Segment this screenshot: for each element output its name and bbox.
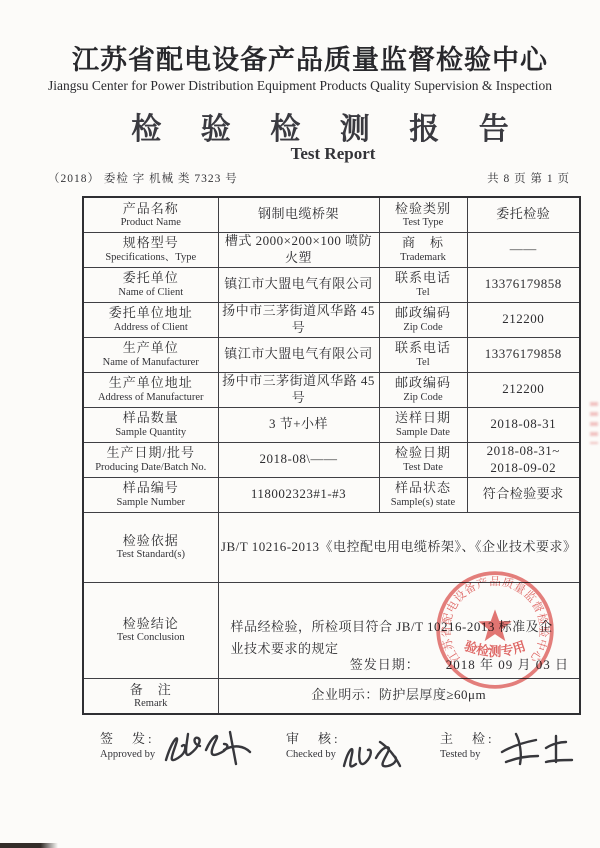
manufacturer-address-label: 生产单位地址Address of Manufacturer <box>83 372 218 407</box>
trademark-value: —— <box>467 232 580 267</box>
test-type-value: 委托检验 <box>467 197 580 232</box>
producing-date-value: 2018-08\—— <box>218 442 379 477</box>
sample-quantity-label: 样品数量Sample Quantity <box>83 407 218 442</box>
approved-by-block: 签 发: Approved by <box>100 728 155 760</box>
test-standard-label: 检验依据Test Standard(s) <box>83 512 218 582</box>
issue-date-label: 签发日期： <box>350 654 420 673</box>
seal-star-icon <box>478 609 511 641</box>
page-indicator: 共 8 页 第 1 页 <box>487 170 570 186</box>
client-zip-value: 212200 <box>467 302 580 337</box>
table-row-sample-number: 样品编号Sample Number 118002323#1-#3 样品状态Sam… <box>83 477 580 512</box>
manufacturer-tel-value: 13376179858 <box>467 337 580 372</box>
test-conclusion-label: 检验结论Test Conclusion <box>83 582 218 678</box>
page-edge-stamp-mark <box>590 402 598 444</box>
specifications-value: 槽式 2000×200×100 喷防火塑 <box>218 232 379 267</box>
checked-by-label-en: Checked by <box>286 749 341 760</box>
client-tel-value: 13376179858 <box>467 267 580 302</box>
client-zip-label: 邮政编码Zip Code <box>379 302 467 337</box>
tested-by-label-cn: 主 检: <box>440 728 495 747</box>
table-row-sample-quantity: 样品数量Sample Quantity 3 节+小样 送样日期Sample Da… <box>83 407 580 442</box>
client-address-label: 委托单位地址Address of Client <box>83 302 218 337</box>
sample-quantity-value: 3 节+小样 <box>218 407 379 442</box>
table-row-specifications: 规格型号Specifications、Type 槽式 2000×200×100 … <box>83 232 580 267</box>
sample-state-label: 样品状态Sample(s) state <box>379 477 467 512</box>
sample-number-label: 样品编号Sample Number <box>83 477 218 512</box>
table-row-client-name: 委托单位Name of Client 镇江市大盟电气有限公司 联系电话Tel 1… <box>83 267 580 302</box>
client-name-label: 委托单位Name of Client <box>83 267 218 302</box>
specifications-label: 规格型号Specifications、Type <box>83 232 218 267</box>
report-title-cn: 检 验 检 测 报 告 <box>28 104 600 148</box>
producing-date-label: 生产日期/批号Producing Date/Batch No. <box>83 442 218 477</box>
doc-number-row: （2018） 委检 字 机械 类 7323 号 共 8 页 第 1 页 <box>48 170 570 186</box>
test-type-label: 检验类别Test Type <box>379 197 467 232</box>
official-seal-stamp: 江苏省配电设备产品质量监督检验中心 检验检测专用章 <box>433 566 557 694</box>
manufacturer-zip-value: 212200 <box>467 372 580 407</box>
product-name-value: 钢制电缆桥架 <box>218 197 379 232</box>
checked-by-signature <box>336 734 406 780</box>
manufacturer-address-value: 扬中市三茅街道风华路 45 号 <box>218 372 379 407</box>
manufacturer-name-value: 镇江市大盟电气有限公司 <box>218 337 379 372</box>
approved-by-label-en: Approved by <box>100 749 155 760</box>
report-title-en: Test Report <box>33 144 600 164</box>
test-date-label: 检验日期Test Date <box>379 442 467 477</box>
approved-by-label-cn: 签 发: <box>100 728 155 747</box>
test-date-value: 2018-08-31~ 2018-09-02 <box>467 442 580 477</box>
client-name-value: 镇江市大盟电气有限公司 <box>218 267 379 302</box>
table-row-client-address: 委托单位地址Address of Client 扬中市三茅街道风华路 45 号 … <box>83 302 580 337</box>
table-row-manufacturer-name: 生产单位Name of Manufacturer 镇江市大盟电气有限公司 联系电… <box>83 337 580 372</box>
sample-state-value: 符合检验要求 <box>467 477 580 512</box>
doc-number: （2018） 委检 字 机械 类 7323 号 <box>48 170 238 186</box>
org-name-cn: 江苏省配电设备产品质量监督检验中心 <box>10 38 600 77</box>
client-tel-label: 联系电话Tel <box>379 267 467 302</box>
scan-corner-artifact <box>0 843 58 848</box>
sample-number-value: 118002323#1-#3 <box>218 477 379 512</box>
table-row-manufacturer-address: 生产单位地址Address of Manufacturer 扬中市三茅街道风华路… <box>83 372 580 407</box>
trademark-label: 商 标Trademark <box>379 232 467 267</box>
manufacturer-tel-label: 联系电话Tel <box>379 337 467 372</box>
tested-by-signature <box>494 728 574 770</box>
client-address-value: 扬中市三茅街道风华路 45 号 <box>218 302 379 337</box>
sample-date-label: 送样日期Sample Date <box>379 407 467 442</box>
manufacturer-zip-label: 邮政编码Zip Code <box>379 372 467 407</box>
table-row-producing-date: 生产日期/批号Producing Date/Batch No. 2018-08\… <box>83 442 580 477</box>
signature-row: 签 发: Approved by 审 核: Checked by 主 检: Te… <box>0 728 600 798</box>
checked-by-block: 审 核: Checked by <box>286 728 341 760</box>
approved-by-signature <box>158 724 253 774</box>
checked-by-label-cn: 审 核: <box>286 728 341 747</box>
manufacturer-name-label: 生产单位Name of Manufacturer <box>83 337 218 372</box>
sample-date-value: 2018-08-31 <box>467 407 580 442</box>
remark-label: 备 注Remark <box>83 678 218 714</box>
org-name-en: Jiangsu Center for Power Distribution Eq… <box>0 78 600 94</box>
tested-by-block: 主 检: Tested by <box>440 728 495 760</box>
tested-by-label-en: Tested by <box>440 749 495 760</box>
product-name-label: 产品名称Product Name <box>83 197 218 232</box>
test-report-page: 江苏省配电设备产品质量监督检验中心 Jiangsu Center for Pow… <box>0 0 600 848</box>
table-row-product-name: 产品名称Product Name 钢制电缆桥架 检验类别Test Type 委托… <box>83 197 580 232</box>
